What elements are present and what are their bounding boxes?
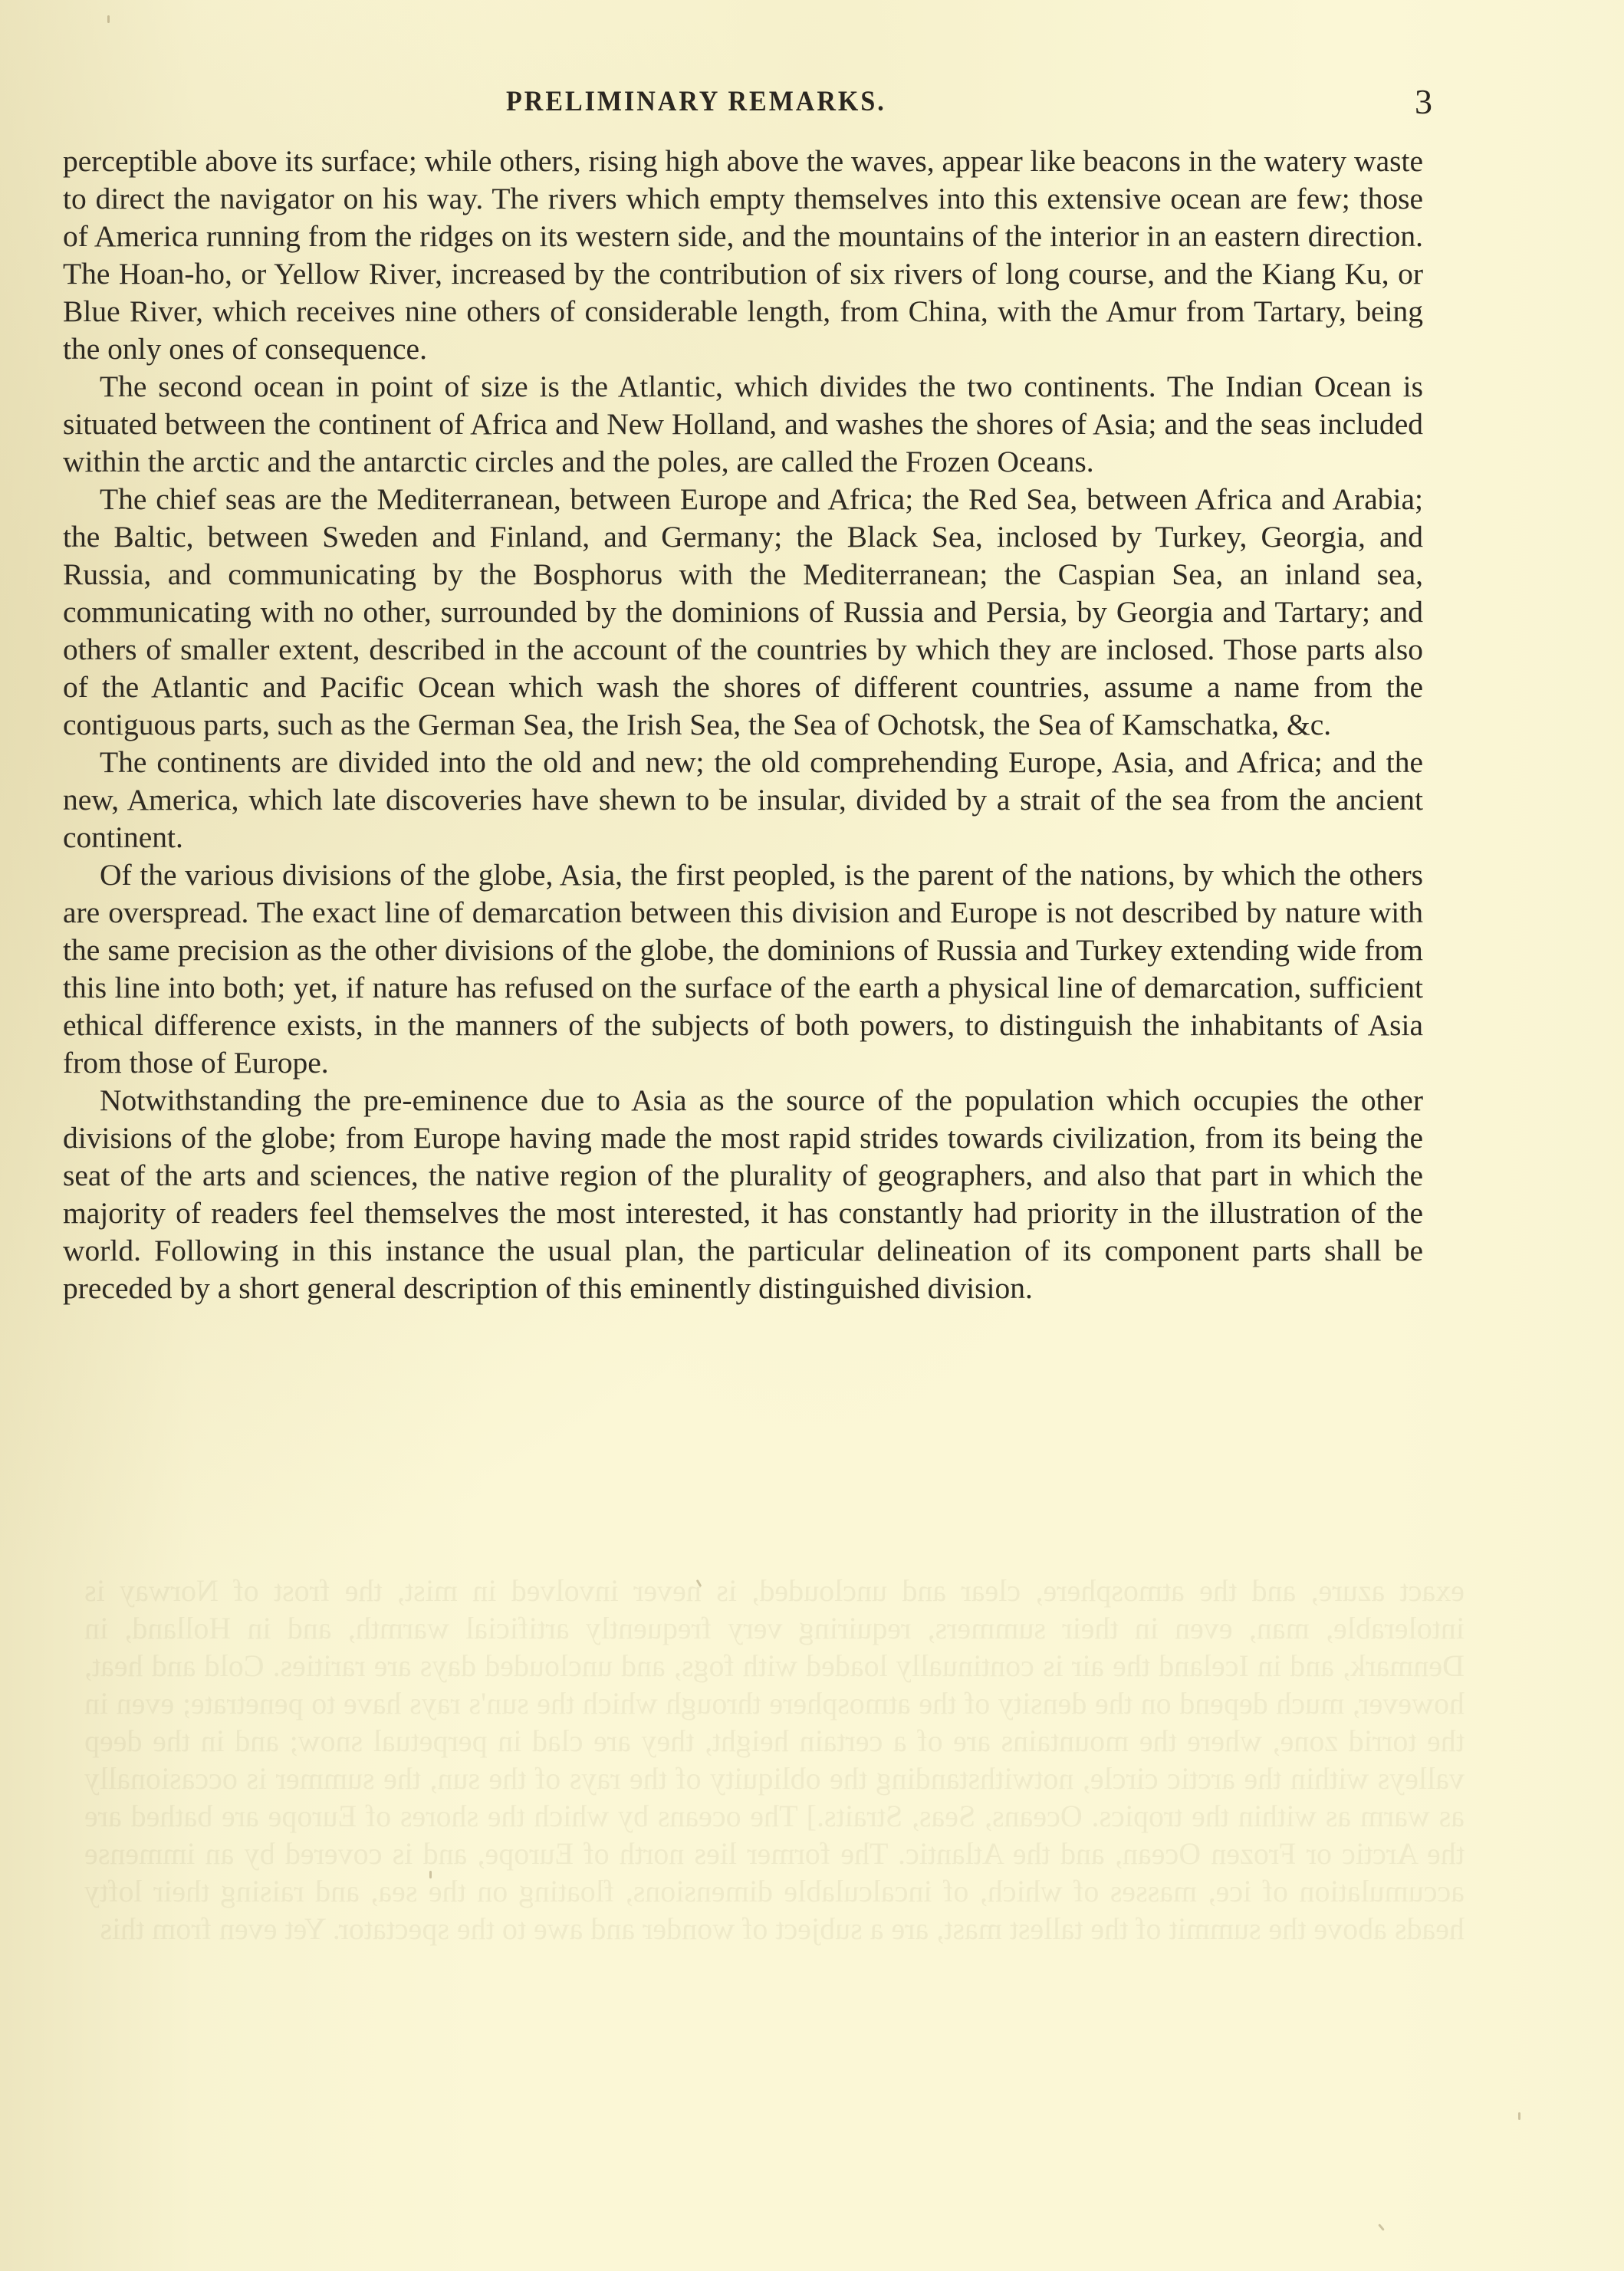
paper-speck <box>1518 2112 1520 2120</box>
paper-speck <box>429 1871 432 1878</box>
paper-speck <box>107 15 110 23</box>
paper-speck <box>696 1579 702 1587</box>
paragraph: Of the various divisions of the globe, A… <box>63 856 1423 1082</box>
paper-speck <box>1378 2223 1385 2231</box>
running-head: PRELIMINARY REMARKS. 3 <box>483 86 1432 124</box>
paragraph: The second ocean in point of size is the… <box>63 368 1423 481</box>
reverse-page-show-through: exact azure, and the atmosphere, clear a… <box>84 1572 1465 2070</box>
paragraph: The continents are divided into the old … <box>63 744 1423 856</box>
page-number: 3 <box>1415 81 1432 122</box>
book-page: PRELIMINARY REMARKS. 3 perceptible above… <box>0 0 1624 2271</box>
paragraph: perceptible above its surface; while oth… <box>63 143 1423 368</box>
paragraph: The chief seas are the Mediterranean, be… <box>63 481 1423 744</box>
body-text: perceptible above its surface; while oth… <box>63 143 1423 1307</box>
paragraph: Notwithstanding the pre-eminence due to … <box>63 1082 1423 1307</box>
running-title: PRELIMINARY REMARKS. <box>506 86 886 118</box>
